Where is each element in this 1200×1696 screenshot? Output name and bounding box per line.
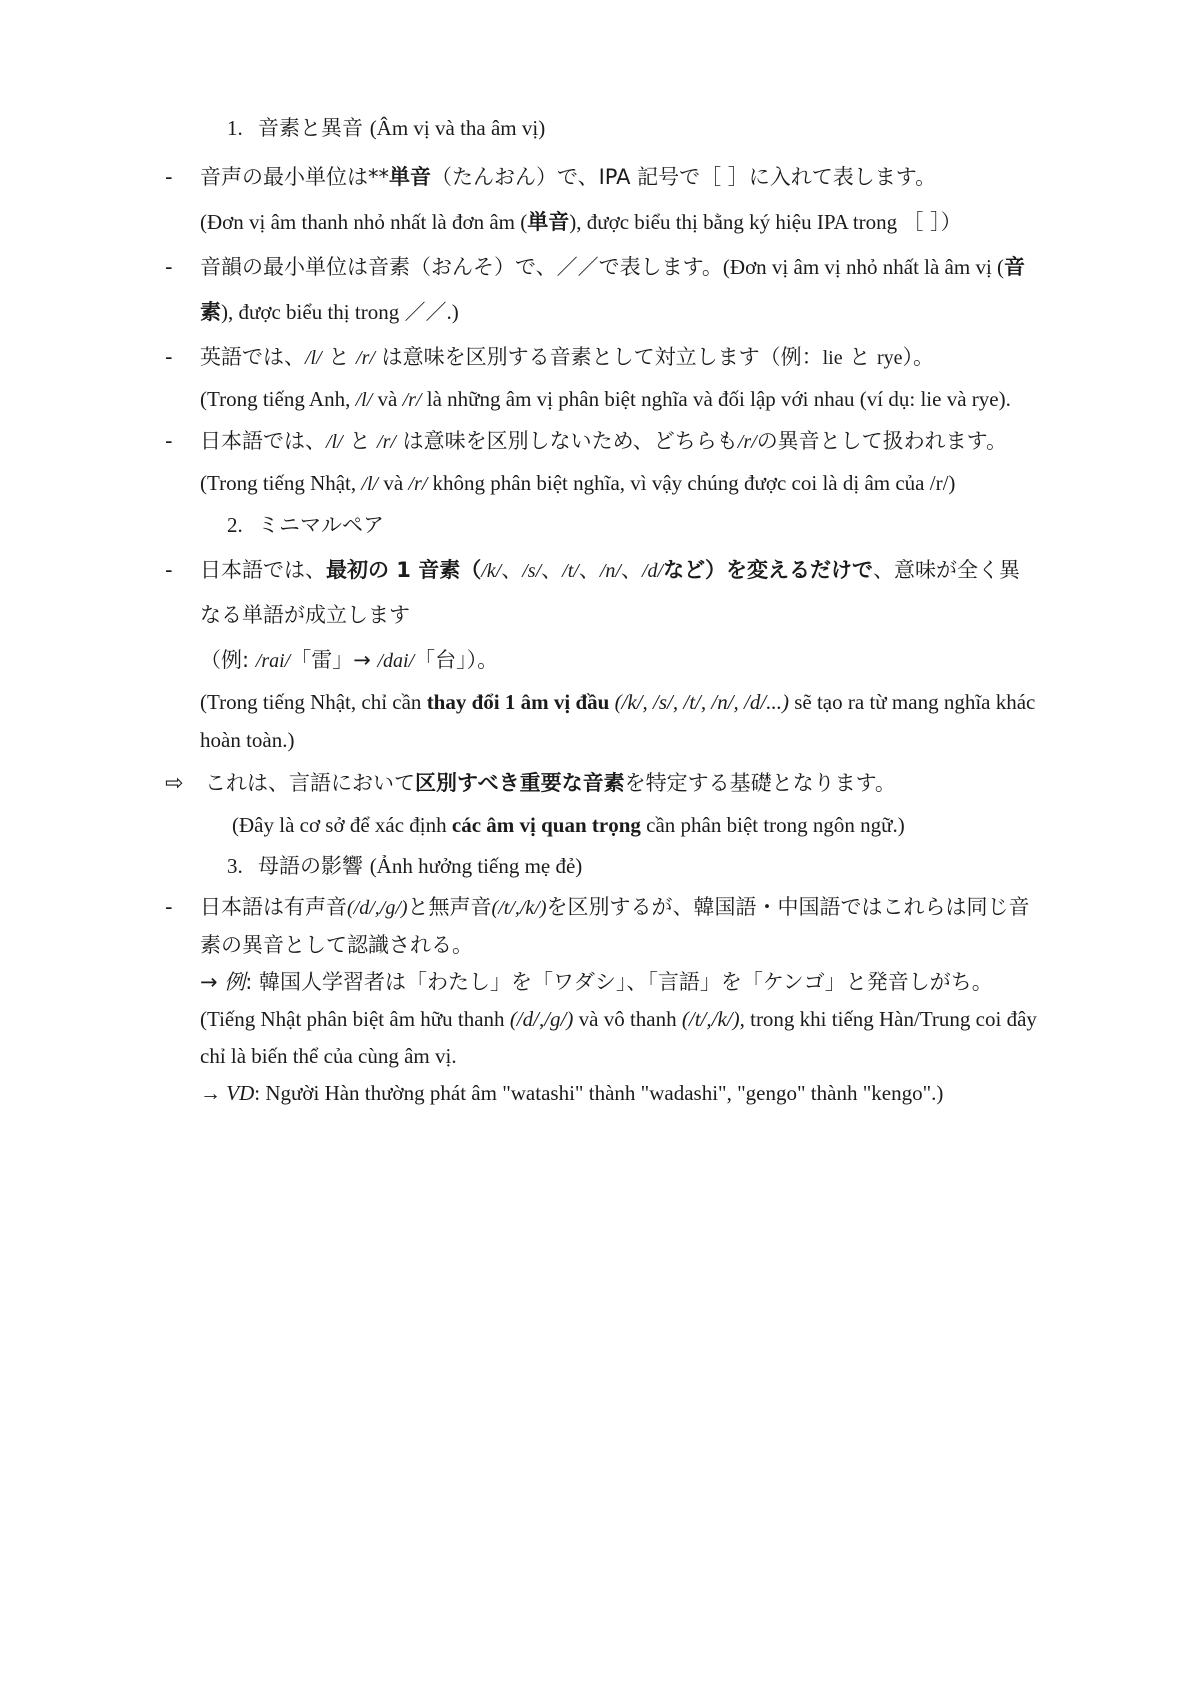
- text-run: /rai/: [256, 650, 290, 672]
- text-run: (Âm vị và tha âm vị): [370, 116, 546, 140]
- conclusion-arrow-line: ⇨これは、言語において区別すべき重要な音素を特定する基礎となります。: [165, 761, 1037, 806]
- bullet-marker: -: [165, 335, 173, 380]
- text-run: /d/: [642, 560, 663, 582]
- text-run: /l/: [305, 347, 322, 369]
- bullet-marker: -: [165, 245, 173, 290]
- bullet-phoneme-unit: -音韻の最小単位は音素（おんそ）で、／／で表します。(Đơn vị âm vị …: [165, 245, 1037, 335]
- text-run: lie: [823, 347, 843, 369]
- text-run: VD: [226, 1081, 254, 1105]
- text-run: ), được biểu thị bằng ký hiệu IPA trong: [569, 210, 902, 234]
- text-run: 英語では、: [200, 345, 305, 369]
- text-run: /dai/: [378, 650, 415, 672]
- text-run: (Đơn vị âm vị nhỏ nhất là âm vị (: [723, 255, 1004, 279]
- text-run: 、: [579, 558, 600, 582]
- text-run: thay đổi 1 âm vị đầu: [427, 690, 610, 714]
- text-run: không phân biệt nghĩa, vì vậy chúng được…: [427, 471, 955, 495]
- text-run: 、: [541, 558, 562, 582]
- text-run: 日本語は有声音: [200, 895, 347, 919]
- text-run: /l/: [326, 431, 343, 453]
- text-run: (Trong tiếng Anh,: [200, 387, 356, 411]
- heading-minimal-pair: 2.ミニマルペア: [165, 503, 1037, 548]
- bullet-text: 日本語では、最初の 1 音素（/k/、/s/、/t/、/n/、/d/など）を変え…: [200, 558, 1035, 752]
- text-run: の異音として扱われます。: [757, 429, 1007, 453]
- text-run: /s/: [522, 560, 541, 582]
- text-run: (Tiếng Nhật phân biệt âm hữu thanh: [200, 1007, 510, 1031]
- text-run: /r/: [377, 431, 396, 453]
- text-run: cần phân biệt trong ngôn ngữ.): [641, 813, 905, 837]
- text-run: : 韓国人学習者は「わたし」を「ワダシ」、「言語」を「ケンゴ」と発音しがち。: [245, 970, 993, 994]
- bullet-text: 日本語では、/l/ と /r/ は意味を区別しないため、どちらも/r/の異音とし…: [200, 429, 1007, 495]
- note-text: (Đây là cơ sở để xác định các âm vị quan…: [232, 813, 905, 837]
- text-run: /l/: [361, 473, 378, 495]
- bullet-text: 英語では、/l/ と /r/ は意味を区別する音素として対立します（例：lie …: [200, 345, 1011, 411]
- text-run: ), được biểu thị trong: [221, 300, 404, 324]
- bullet-minimal-pair: -日本語では、最初の 1 音素（/k/、/s/、/t/、/n/、/d/など）を変…: [165, 548, 1037, 759]
- text-run: は意味を区別しないため、どちらも: [396, 429, 738, 453]
- text-run: rye: [877, 347, 903, 369]
- text-run: 区別すべき重要な音素: [415, 771, 625, 795]
- text-run: を特定する基礎となります。: [625, 771, 896, 795]
- text-run: 、: [501, 558, 522, 582]
- bullet-voiced-voiceless: -日本語は有声音(/d/,/g/)と無声音(/t/,/k/)を区別するが、韓国語…: [165, 889, 1037, 1112]
- text-run: .): [446, 300, 458, 324]
- text-run: と: [843, 345, 877, 369]
- text-run: （例:: [200, 648, 256, 672]
- text-run: 最初の 1 音素: [326, 558, 460, 582]
- heading-phonemes-allophones: 1.音素と異音 (Âm vị và tha âm vị): [165, 106, 1037, 151]
- text-run: （たんおん）で、IPA 記号で［ ］に入れて表します。: [431, 165, 936, 189]
- list-number: 2.: [227, 503, 258, 548]
- text-run: và vô thanh: [573, 1007, 681, 1031]
- heading-mother-tongue-influence: 3.母語の影響 (Ảnh hưởng tiếng mẹ đẻ): [165, 844, 1037, 889]
- conclusion-translation: (Đây là cơ sở để xác định các âm vị quan…: [165, 806, 1037, 844]
- bullet-japanese-l-r: -日本語では、/l/ と /r/ は意味を区別しないため、どちらも/r/の異音と…: [165, 419, 1037, 503]
- text-run: 「雷」→: [290, 648, 377, 672]
- text-run: （: [460, 558, 481, 582]
- text-run: 例: [224, 970, 245, 994]
- text-run: và: [372, 387, 402, 411]
- text-run: 母語の影響: [258, 854, 370, 878]
- heading-text: ミニマルペア: [258, 513, 384, 537]
- arrow-text: これは、言語において区別すべき重要な音素を特定する基礎となります。: [205, 771, 896, 795]
- text-run: (Ảnh hưởng tiếng mẹ đẻ): [370, 854, 583, 878]
- text-run: các âm vị quan trọng: [452, 813, 641, 837]
- text-run: と: [343, 429, 377, 453]
- text-run: 単音: [389, 165, 431, 189]
- text-run: →: [200, 1081, 226, 1105]
- bullet-marker: -: [165, 419, 173, 464]
- text-run: (/d/,/g/): [510, 1007, 574, 1031]
- rightwards-arrow-icon: ⇨: [165, 761, 183, 806]
- text-run: (/t/,/k/): [682, 1007, 740, 1031]
- text-run: /r/: [408, 473, 427, 495]
- text-run: (Trong tiếng Nhật, chỉ cần: [200, 690, 427, 714]
- text-run: : Người Hàn thường phát âm "watashi" thà…: [254, 1081, 943, 1105]
- heading-text: 音素と異音 (Âm vị và tha âm vị): [258, 116, 545, 140]
- text-run: 、: [621, 558, 642, 582]
- bullet-text: 音声の最小単位は**単音（たんおん）で、IPA 記号で［ ］に入れて表します。(…: [200, 165, 962, 234]
- text-run: /n/: [600, 560, 621, 582]
- text-run: は意味を区別する音素として対立します（例：: [375, 345, 823, 369]
- text-run: /r/: [738, 431, 757, 453]
- text-run: /r/: [356, 347, 375, 369]
- text-run: と無声音: [408, 895, 492, 919]
- text-run: 単音: [527, 210, 569, 234]
- text-run: /t/: [562, 560, 579, 582]
- bullet-marker: -: [165, 889, 173, 926]
- text-run: (Đây là cơ sở để xác định: [232, 813, 452, 837]
- text-run: 音素と異音: [258, 116, 370, 140]
- list-number: 3.: [227, 844, 258, 889]
- bullet-text: 日本語は有声音(/d/,/g/)と無声音(/t/,/k/)を区別するが、韓国語・…: [200, 895, 1037, 1105]
- text-run: ［ ］）: [902, 210, 961, 234]
- text-run: など）を変えるだけで: [663, 558, 873, 582]
- text-run: /k/: [481, 560, 501, 582]
- text-run: (/k/, /s/, /t/, /n/, /d/...): [615, 690, 789, 714]
- text-run: 音声の最小単位は**: [200, 165, 389, 189]
- text-run: (Trong tiếng Nhật,: [200, 471, 361, 495]
- text-run: (Đơn vị âm thanh nhỏ nhất là đơn âm (: [200, 210, 527, 234]
- bullet-phone-unit: -音声の最小単位は**単音（たんおん）で、IPA 記号で［ ］に入れて表します。…: [165, 155, 1037, 245]
- document-page: 1.音素と異音 (Âm vị và tha âm vị) -音声の最小単位は**…: [0, 0, 1200, 1112]
- text-run: (/d/,/g/): [347, 897, 408, 919]
- text-run: /l/: [356, 389, 373, 411]
- list-number: 1.: [227, 106, 258, 151]
- bullet-marker: -: [165, 155, 173, 200]
- bullet-marker: -: [165, 548, 173, 593]
- heading-text: 母語の影響 (Ảnh hưởng tiếng mẹ đẻ): [258, 854, 582, 878]
- text-run: và: [378, 471, 408, 495]
- bullet-text: 音韻の最小単位は音素（おんそ）で、／／で表します。(Đơn vị âm vị n…: [200, 255, 1025, 324]
- text-run: これは、言語において: [205, 771, 415, 795]
- text-run: 日本語では、: [200, 429, 326, 453]
- text-run: ／／: [404, 300, 446, 324]
- text-run: ）。: [903, 345, 935, 369]
- text-run: là những âm vị phân biệt nghĩa và đối lậ…: [421, 387, 1010, 411]
- text-run: 「台」）。: [414, 648, 498, 672]
- text-run: (/t/,/k/): [492, 897, 547, 919]
- text-run: 日本語では、: [200, 558, 326, 582]
- text-run: 音韻の最小単位は音素（おんそ）で、／／で表します。: [200, 255, 723, 279]
- text-run: →: [200, 970, 224, 994]
- text-run: /r/: [403, 389, 422, 411]
- text-run: と: [322, 345, 356, 369]
- text-run: ミニマルペア: [258, 513, 384, 537]
- bullet-english-l-r: -英語では、/l/ と /r/ は意味を区別する音素として対立します（例：lie…: [165, 335, 1037, 419]
